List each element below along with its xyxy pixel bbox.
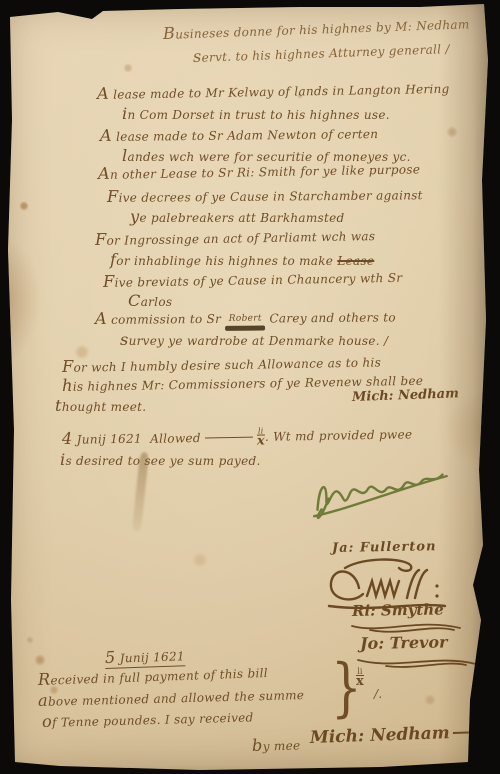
entry-1-line-2: in Com Dorset in trust to his highnes us… xyxy=(122,106,390,122)
signature-nedham-receipt-text: Mich: Nedham xyxy=(310,723,450,748)
allowance-note-1: . Wt md provided pwee xyxy=(265,427,413,444)
entry-7-pre: A commission to Sr xyxy=(95,312,225,327)
allowance-line-2: is desired to see ye sum payed. xyxy=(60,452,261,468)
signature-trevor: Jo: Trevor xyxy=(360,632,448,653)
receipt-date: 5 Junij 1621 xyxy=(105,647,186,669)
allowance-line-1: 4 Junij 1621 Allowedlix. Wt md provided … xyxy=(62,425,413,451)
manuscript-paper: Busineses donne for his highnes by M: Ne… xyxy=(0,0,500,774)
signature-1-green-illegible xyxy=(303,455,460,529)
header-line-2: servt. to his highnes Atturney generall … xyxy=(193,40,450,65)
signature-nedham-claim: Mich: Nedham xyxy=(352,386,459,405)
interlinear-insertion: Robert xyxy=(225,317,265,331)
entry-7-line-1: A commission to Sr Robert Carey and othe… xyxy=(95,308,396,332)
receipt-by-mee: by mee xyxy=(252,736,301,754)
closing-line-3: thought meet. xyxy=(55,398,146,414)
entry-5-line-1: For Ingrossinge an act of Parliamt wch w… xyxy=(95,227,376,248)
receipt-sum-tail: /. xyxy=(374,688,382,700)
entry-6-line-1: Five breviats of ye Cause in Chauncery w… xyxy=(103,269,403,290)
entry-2-line-1: A lease made to Sr Adam Newton of certen xyxy=(100,125,378,144)
entry-7-line-2: survey ye wardrobe at Denmarke house. / xyxy=(120,332,388,348)
receipt-line-3: of Tenne poundes. I say received xyxy=(42,708,254,730)
entry-4-line-2: ye palebreakers att Barkhamsted xyxy=(130,209,345,225)
receipt-sum: li x xyxy=(356,668,364,688)
receipt-line-2: above mentioned and allowed the summe xyxy=(38,686,305,709)
crossed-out-word: Lease xyxy=(337,254,374,268)
header-line-1: Busineses donne for his highnes by M: Ne… xyxy=(163,15,470,42)
sum-numeral: x xyxy=(257,436,265,448)
entry-6-line-2: Carlos xyxy=(128,293,172,309)
entry-4-line-1: Five decrees of ye Cause in Starchamber … xyxy=(107,186,423,205)
entry-7-post: Carey and others to xyxy=(265,310,396,325)
entry-1-line-1: A lease made to Mr Kelway of lands in La… xyxy=(97,80,450,102)
allowance-word: Allowed xyxy=(150,431,201,446)
scribbled-out-word xyxy=(225,326,265,331)
closing-line-1: For wch I humbly desire such Allowance a… xyxy=(62,353,381,375)
trevor-underline-flourish xyxy=(356,656,478,672)
receipt-line-1: Received in full payment of this bill xyxy=(38,664,268,688)
long-dash-stroke xyxy=(205,437,253,439)
inserted-word: Robert xyxy=(225,315,265,324)
receipt-sum-numeral: x xyxy=(356,676,364,688)
manuscript-photo: { "colors": { "background": "#0b0a08", "… xyxy=(0,0,500,774)
entry-5-line-2: for inhablinge his highnes to make Lease xyxy=(110,252,374,268)
signature-trailing-swash xyxy=(453,731,479,734)
signature-fullerton: Ja: Fullerton xyxy=(332,539,437,556)
signature-smythe: Ri: Smythe xyxy=(352,600,444,620)
signature-nedham-receipt: Mich: Nedham xyxy=(310,722,479,748)
entry-5-line-2-text: for inhablinge his highnes to make xyxy=(110,254,337,268)
allowance-date: 4 Junij 1621 xyxy=(62,432,142,447)
